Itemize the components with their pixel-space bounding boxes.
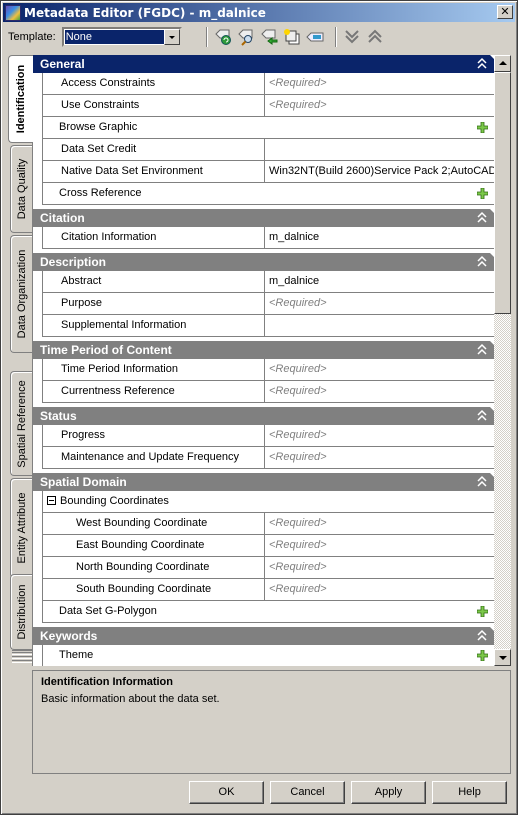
keywords-rows: Theme — [42, 645, 494, 666]
ok-button[interactable]: OK — [189, 781, 264, 804]
vertical-tabs: Identification Data Quality Data Organiz… — [10, 55, 32, 670]
north-bounding-field[interactable]: <Required> — [265, 557, 494, 578]
section-header-spatial-domain[interactable]: Spatial Domain — [33, 473, 494, 491]
table-row[interactable]: Cross Reference — [43, 183, 494, 205]
toolbar-separator — [335, 27, 337, 47]
collapse-section-icon[interactable] — [476, 409, 488, 423]
table-row[interactable]: North Bounding Coordinate<Required> — [43, 557, 494, 579]
add-browse-graphic-icon[interactable] — [477, 122, 488, 133]
collapse-section-icon[interactable] — [476, 255, 488, 269]
east-bounding-field[interactable]: <Required> — [265, 535, 494, 556]
citation-information-field[interactable]: m_dalnice — [265, 227, 494, 248]
section-header-keywords[interactable]: Keywords — [33, 627, 494, 645]
tab-identification[interactable]: Identification — [8, 55, 33, 143]
currentness-reference-field[interactable]: <Required> — [265, 381, 494, 402]
progress-field[interactable]: <Required> — [265, 425, 494, 446]
tab-spatial-reference[interactable]: Spatial Reference — [10, 371, 32, 476]
template-selected-value: None — [65, 30, 165, 44]
supplemental-information-field[interactable] — [265, 315, 494, 336]
table-row[interactable]: Supplemental Information — [43, 315, 494, 337]
description-panel: Identification Information Basic informa… — [32, 670, 511, 774]
new-document-icon — [283, 28, 301, 46]
validate-button[interactable] — [214, 28, 232, 46]
section-header-status[interactable]: Status — [33, 407, 494, 425]
table-row[interactable]: West Bounding Coordinate<Required> — [43, 513, 494, 535]
west-bounding-field[interactable]: <Required> — [265, 513, 494, 534]
collapse-section-icon[interactable] — [476, 343, 488, 357]
vertical-scrollbar[interactable] — [494, 55, 511, 666]
window-title: Metadata Editor (FGDC) - m_dalnice — [24, 6, 266, 20]
tab-distribution[interactable]: Distribution — [10, 574, 32, 650]
description-title: Identification Information — [41, 676, 502, 688]
table-row[interactable]: Currentness Reference<Required> — [43, 381, 494, 403]
section-header-general[interactable]: General — [33, 55, 494, 73]
cancel-button[interactable]: Cancel — [270, 781, 345, 804]
collapse-all-button[interactable] — [366, 28, 384, 46]
time-period-rows: Time Period Information<Required> Curren… — [42, 359, 494, 403]
section-header-citation[interactable]: Citation — [33, 209, 494, 227]
tab-data-quality[interactable]: Data Quality — [10, 145, 32, 233]
chevron-down-icon[interactable] — [164, 29, 180, 45]
double-chevron-down-icon — [343, 28, 361, 46]
spatial-domain-rows: Bounding Coordinates West Bounding Coord… — [42, 491, 494, 623]
search-preview-button[interactable] — [237, 28, 255, 46]
dialog-buttons: OK Cancel Apply Help — [1, 781, 518, 805]
import-button[interactable] — [260, 28, 278, 46]
export-tag-icon — [306, 28, 324, 46]
table-row[interactable]: Use Constraints<Required> — [43, 95, 494, 117]
double-chevron-up-icon — [366, 28, 384, 46]
export-button[interactable] — [306, 28, 324, 46]
scrollbar-thumb[interactable] — [494, 72, 511, 314]
table-row[interactable]: Progress<Required> — [43, 425, 494, 447]
apply-button[interactable]: Apply — [351, 781, 426, 804]
status-rows: Progress<Required> Maintenance and Updat… — [42, 425, 494, 469]
toolbar-separator — [206, 27, 208, 47]
table-row[interactable]: Abstractm_dalnice — [43, 271, 494, 293]
tree-collapse-icon[interactable] — [47, 496, 56, 505]
toolbar: Template: None — [3, 24, 515, 49]
table-row[interactable]: Citation Informationm_dalnice — [43, 227, 494, 249]
purpose-field[interactable]: <Required> — [265, 293, 494, 314]
description-rows: Abstractm_dalnice Purpose<Required> Supp… — [42, 271, 494, 337]
close-button[interactable]: ✕ — [497, 5, 513, 19]
table-row[interactable]: Native Data Set EnvironmentWin32NT(Build… — [43, 161, 494, 183]
time-period-information-field[interactable]: <Required> — [265, 359, 494, 380]
bounding-coordinates-node[interactable]: Bounding Coordinates — [43, 491, 494, 513]
scroll-down-arrow-icon[interactable] — [494, 649, 511, 666]
add-cross-reference-icon[interactable] — [477, 188, 488, 199]
access-constraints-field[interactable]: <Required> — [265, 73, 494, 94]
template-label: Template: — [8, 31, 56, 43]
section-header-time-period[interactable]: Time Period of Content — [33, 341, 494, 359]
collapse-section-icon[interactable] — [476, 57, 488, 71]
title-bar: Metadata Editor (FGDC) - m_dalnice ✕ — [3, 3, 515, 22]
table-row[interactable]: East Bounding Coordinate<Required> — [43, 535, 494, 557]
more-tabs-stack — [12, 650, 32, 670]
description-text: Basic information about the data set. — [41, 693, 502, 705]
table-row[interactable]: Time Period Information<Required> — [43, 359, 494, 381]
scroll-up-arrow-icon[interactable] — [494, 55, 511, 72]
table-row[interactable]: Data Set G-Polygon — [43, 601, 494, 623]
import-arrow-icon — [260, 28, 278, 46]
collapse-section-icon[interactable] — [476, 475, 488, 489]
table-row[interactable]: Maintenance and Update Frequency<Require… — [43, 447, 494, 469]
magnifier-icon — [237, 28, 255, 46]
section-header-description[interactable]: Description — [33, 253, 494, 271]
maintenance-frequency-field[interactable]: <Required> — [265, 447, 494, 468]
table-row[interactable]: Access Constraints<Required> — [43, 73, 494, 95]
citation-rows: Citation Informationm_dalnice — [42, 227, 494, 249]
new-copy-button[interactable] — [283, 28, 301, 46]
use-constraints-field[interactable]: <Required> — [265, 95, 494, 116]
app-globe-icon — [5, 5, 21, 21]
south-bounding-field[interactable]: <Required> — [265, 579, 494, 600]
data-set-credit-field[interactable] — [265, 139, 494, 160]
table-row[interactable]: Data Set Credit — [43, 139, 494, 161]
table-row[interactable]: Theme — [43, 645, 494, 666]
template-select[interactable]: None — [62, 27, 182, 47]
metadata-form: General Access Constraints<Required> Use… — [32, 55, 494, 666]
add-theme-icon[interactable] — [477, 650, 488, 661]
collapse-section-icon[interactable] — [476, 211, 488, 225]
tab-data-organization[interactable]: Data Organization — [10, 235, 32, 353]
help-button[interactable]: Help — [432, 781, 507, 804]
metadata-editor-window: Metadata Editor (FGDC) - m_dalnice ✕ Tem… — [0, 0, 518, 815]
abstract-field[interactable]: m_dalnice — [265, 271, 494, 292]
expand-all-button[interactable] — [343, 28, 361, 46]
tab-entity-attribute[interactable]: Entity Attribute — [10, 478, 32, 578]
table-row[interactable]: Purpose<Required> — [43, 293, 494, 315]
collapse-section-icon[interactable] — [476, 629, 488, 643]
native-environment-field[interactable]: Win32NT(Build 2600)Service Pack 2;AutoCA… — [265, 161, 494, 182]
table-row[interactable]: South Bounding Coordinate<Required> — [43, 579, 494, 601]
validate-icon — [214, 28, 232, 46]
table-row[interactable]: Browse Graphic — [43, 117, 494, 139]
general-rows: Access Constraints<Required> Use Constra… — [42, 73, 494, 205]
add-g-polygon-icon[interactable] — [477, 606, 488, 617]
